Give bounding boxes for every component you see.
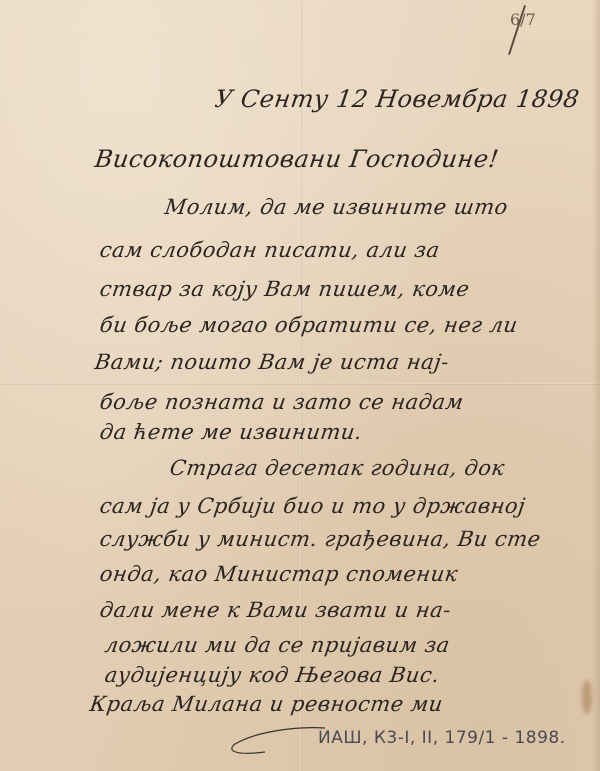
- letter-line: Вами; пошто Вам је иста нај-: [93, 350, 450, 374]
- letter-line: да ћете ме извинити.: [98, 420, 364, 444]
- paper-edge: [592, 0, 600, 771]
- letter-line: сам ја у Србији био и то у државној: [98, 494, 527, 518]
- letter-line: Краља Милана и ревносте ми: [88, 692, 444, 716]
- page-marker: 6/7: [510, 10, 536, 29]
- letter-line: онда, као Министар споменик: [98, 562, 459, 586]
- letter-line: Молим, да ме извините што: [163, 195, 509, 219]
- letter-line: аудијенцију код Његова Вис.: [103, 663, 441, 687]
- letter-line: боље познатa и зато се надам: [98, 390, 465, 414]
- salutation: Високопоштовани Господине!: [93, 145, 501, 173]
- place-date: У Сенту 12 Новембра 1898: [213, 85, 581, 113]
- letter-line: Страга десетак година, док: [168, 456, 506, 480]
- letter-line: сам слободан писати, али за: [98, 238, 441, 262]
- archive-stamp: ИАШ, К3-I, II, 179/1 - 1898.: [318, 728, 566, 748]
- letter-line: би боље могао обратити се, нег ли: [98, 313, 519, 337]
- letter-line: дали мене к Вами звати и на-: [98, 598, 452, 622]
- letter-line: ствар за коју Вам пишем, коме: [98, 277, 471, 301]
- letter-line: служби у минист. грађевина, Ви сте: [98, 527, 542, 551]
- letter-line: ложили ми да се пријавим за: [103, 633, 451, 657]
- letter-page: 6/7 У Сенту 12 Новембра 1898 Високопошто…: [0, 0, 600, 771]
- paper-stain: [582, 680, 592, 714]
